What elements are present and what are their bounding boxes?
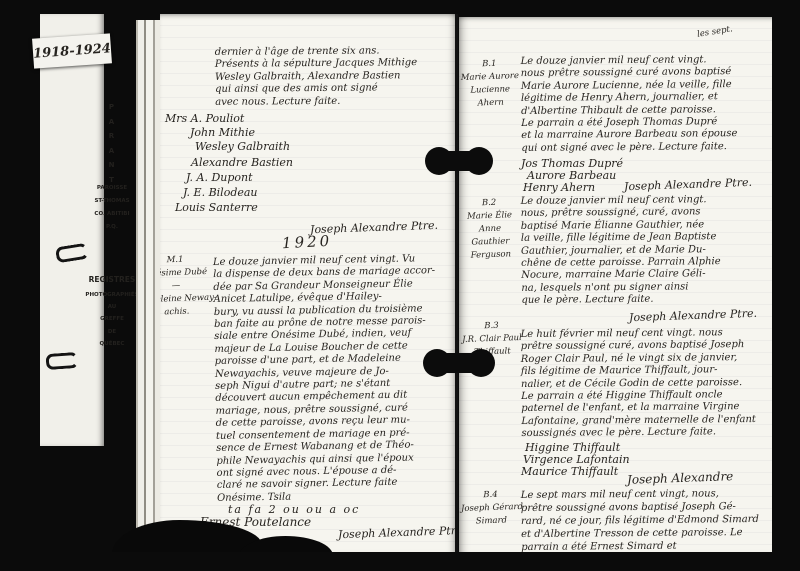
text-line: achis.: [160, 305, 217, 321]
burial-record-continuation: dernier à l'âge de trente six ans.Présen…: [215, 45, 418, 109]
baptism-record-b1-body: Le douze janvier mil neuf cent vingt.nou…: [521, 54, 738, 155]
book-spine: [455, 14, 458, 554]
text-line: Marie Élie: [460, 209, 518, 224]
text-line: la veille, fille légitime de Jean Baptis…: [521, 231, 721, 245]
text-line: A: [80, 115, 144, 130]
text-line: Roger Clair Paul, né le vingt six de jan…: [521, 352, 756, 366]
witness-signature: Mrs A. Pouliot: [165, 112, 244, 125]
officiant-signature: Joseph Alexandre Ptre.: [629, 307, 757, 324]
officiant-signature: Joseph Alexandre Ptre.: [338, 524, 456, 541]
year-range-label: 1918-1924: [33, 41, 112, 61]
text-line: Marie Aurore: [461, 70, 519, 85]
paper-clip-icon: [45, 352, 78, 370]
witness-signature: Louis Santerre: [175, 201, 258, 214]
witness-signature: Alexandre Bastien: [191, 156, 293, 169]
officiant-signature: Joseph Alexandre: [627, 469, 734, 487]
witness-signature: Maurice Thiffault: [521, 465, 618, 478]
text-line: avec nous. Lecture faite.: [215, 95, 417, 109]
text-line: R: [80, 129, 144, 144]
text-line: N: [80, 158, 144, 173]
witness-signature: Wesley Galbraith: [195, 140, 290, 153]
microfilm-scan: PARANT PAROISSEST-THOMASCO. ABITIBIP.Q. …: [0, 0, 800, 571]
text-line: Wesley Galbraith, Alexandre Bastien: [215, 70, 417, 84]
text-line: Nocure, marraine Marie Claire Géli-: [521, 269, 721, 283]
officiant-signature: Joseph Alexandre Ptre.: [624, 176, 752, 193]
baptism-record-b2-body: Le douze janvier mil neuf cent vingt.nou…: [521, 194, 721, 307]
year-heading: 1920: [282, 232, 333, 253]
entry-margin-m1: M.1Onésime Dubé—Madeleine Neway-achis.: [160, 253, 217, 321]
text-line: Ahern: [461, 96, 519, 111]
text-line: que le père. Lecture faite.: [521, 293, 721, 307]
text-line: J.R. Clair Paul: [461, 332, 523, 347]
entry-margin-b4: B.4Joseph GérardSimard: [460, 488, 521, 529]
marriage-record-m1-body: Le douze janvier mil neuf cent vingt. Vu…: [213, 253, 439, 505]
witness-signature: Henry Ahern: [523, 181, 595, 194]
entry-margin-b2: B.2Marie ÉlieAnneGauthierFerguson: [460, 196, 520, 263]
text-line: Lafontaine, grand'mère maternelle de l'e…: [521, 414, 756, 428]
corner-annotation: les sept.: [696, 24, 733, 39]
year-range-slip: 1918-1924: [32, 33, 112, 68]
text-line: et d'Albertine Tresson de cette paroisse…: [521, 526, 759, 541]
text-line: P: [80, 100, 144, 115]
witness-signature: J. E. Bilodeau: [183, 186, 258, 199]
entry-margin-b1: B.1Marie AuroreLucienneAhern: [460, 57, 520, 111]
black-border-right: [772, 0, 800, 571]
black-border-bottom: [0, 552, 800, 571]
page-edge-stack: [136, 20, 161, 550]
baptism-record-b4-body: Le sept mars mil neuf cent vingt, nous,p…: [521, 487, 759, 554]
surname-label-vertical: PARANT: [80, 100, 144, 187]
black-border-top: [0, 0, 800, 14]
text-line: qui ont signé avec le père. Lecture fait…: [521, 141, 737, 155]
register-left-page: dernier à l'âge de trente six ans.Présen…: [160, 14, 456, 554]
binder-fastener-bottom: [426, 353, 492, 373]
text-line: Simard: [461, 514, 521, 529]
text-line: soussignés avec le père. Lecture faite.: [521, 426, 756, 440]
witness-signature: John Mithie: [190, 126, 255, 139]
text-line: Joseph Gérard: [461, 501, 521, 516]
binder-label-strip: PARANT PAROISSEST-THOMASCO. ABITIBIP.Q. …: [40, 14, 104, 446]
text-line: A: [80, 144, 144, 159]
baptism-record-b3-body: Le huit février mil neuf cent vingt. nou…: [521, 327, 757, 441]
witness-signature: J. A. Dupont: [186, 171, 253, 184]
register-right-page: les sept. B.1Marie AuroreLucienneAhern L…: [459, 17, 773, 554]
binder-fastener-top: [428, 151, 490, 171]
text-line: Ferguson: [462, 248, 520, 263]
